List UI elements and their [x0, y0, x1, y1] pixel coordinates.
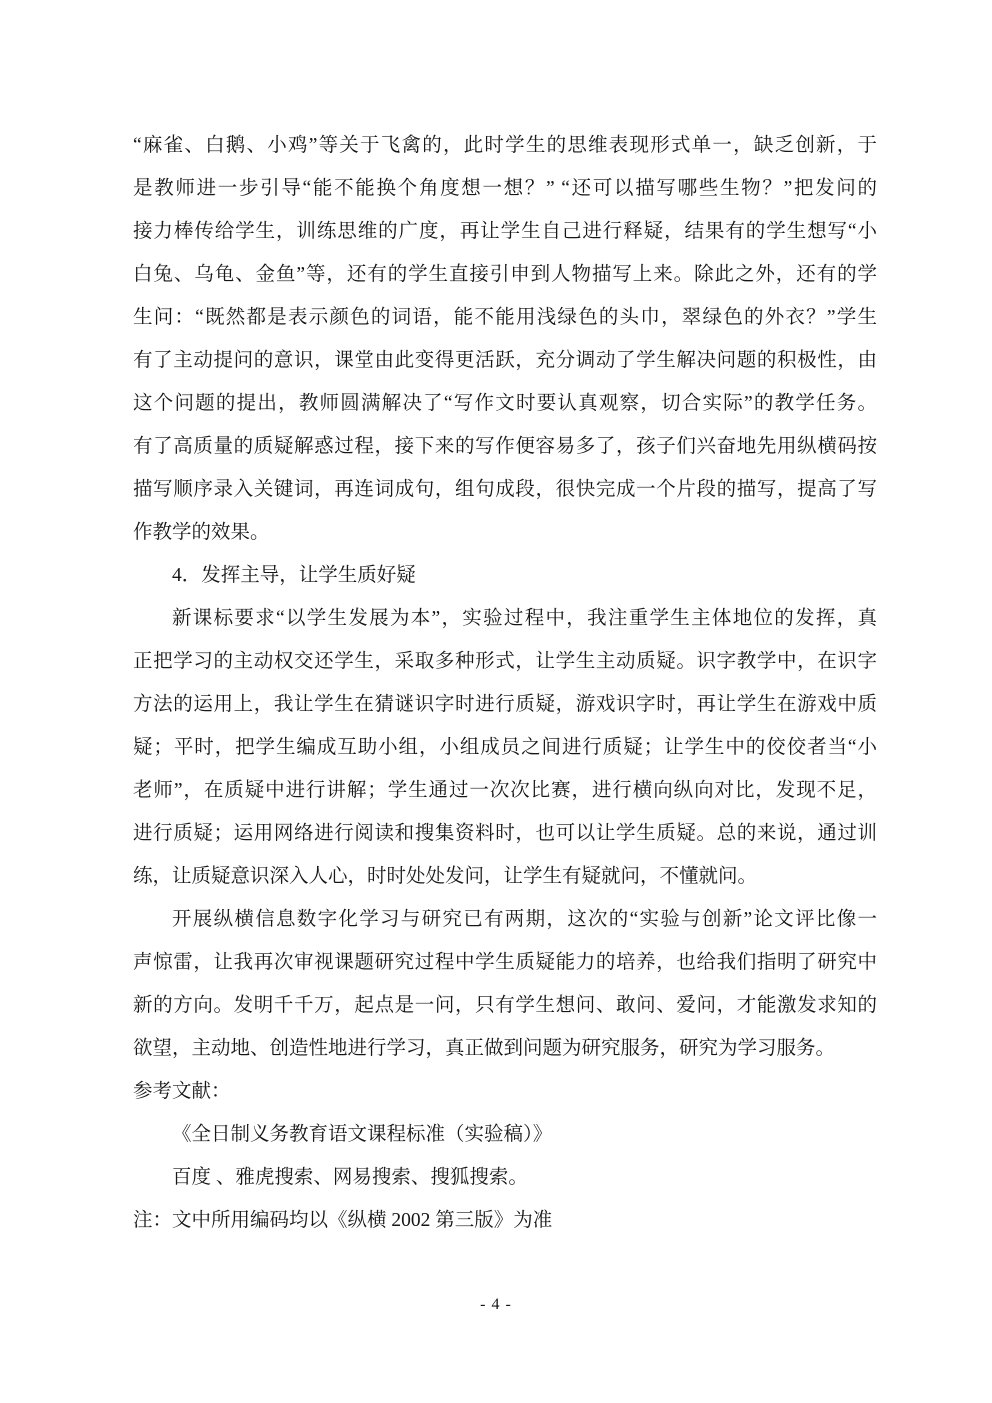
- text-line: 参考文献：: [133, 1070, 877, 1113]
- text-line: 这个问题的提出，教师圆满解决了“写作文时要认真观察，切合实际”的教学任务。: [133, 382, 877, 425]
- text-line: 4．发挥主导，让学生质好疑: [133, 554, 877, 597]
- text-line: 作教学的效果。: [133, 511, 877, 554]
- text-line: 欲望，主动地、创造性地进行学习，真正做到问题为研究服务，研究为学习服务。: [133, 1027, 877, 1070]
- text-line: 有了高质量的质疑解惑过程，接下来的写作便容易多了，孩子们兴奋地先用纵横码按: [133, 425, 877, 468]
- text-line: 白兔、乌龟、金鱼”等，还有的学生直接引申到人物描写上来。除此之外，还有的学: [133, 253, 877, 296]
- text-line: 练，让质疑意识深入人心，时时处处发问，让学生有疑就问，不懂就问。: [133, 855, 877, 898]
- document-page: “麻雀、白鹅、小鸡”等关于飞禽的，此时学生的思维表现形式单一，缺乏创新，于是教师…: [0, 0, 992, 1403]
- document-body: “麻雀、白鹅、小鸡”等关于飞禽的，此时学生的思维表现形式单一，缺乏创新，于是教师…: [133, 124, 877, 1242]
- text-line: 描写顺序录入关键词，再连词成句，组句成段，很快完成一个片段的描写，提高了写: [133, 468, 877, 511]
- text-line: 老师”，在质疑中进行讲解；学生通过一次次比赛，进行横向纵向对比，发现不足，: [133, 769, 877, 812]
- text-line: 是教师进一步引导“能不能换个角度想一想？” “还可以描写哪些生物？”把发问的: [133, 167, 877, 210]
- text-line: 方法的运用上，我让学生在猜谜识字时进行质疑，游戏识字时，再让学生在游戏中质: [133, 683, 877, 726]
- text-line: “麻雀、白鹅、小鸡”等关于飞禽的，此时学生的思维表现形式单一，缺乏创新，于: [133, 124, 877, 167]
- text-line: 正把学习的主动权交还学生，采取多种形式，让学生主动质疑。识字教学中，在识字: [133, 640, 877, 683]
- text-line: 开展纵横信息数字化学习与研究已有两期，这次的“实验与创新”论文评比像一: [133, 898, 877, 941]
- page-number: - 4 -: [0, 1294, 992, 1316]
- text-line: 接力棒传给学生，训练思维的广度，再让学生自己进行释疑，结果有的学生想写“小: [133, 210, 877, 253]
- text-line: 有了主动提问的意识，课堂由此变得更活跃，充分调动了学生解决问题的积极性，由: [133, 339, 877, 382]
- text-line: 疑；平时，把学生编成互助小组，小组成员之间进行质疑；让学生中的佼佼者当“小: [133, 726, 877, 769]
- text-line: 注：文中所用编码均以《纵横 2002 第三版》为准: [133, 1199, 877, 1242]
- text-line: 新的方向。发明千千万，起点是一问，只有学生想问、敢问、爱问，才能激发求知的: [133, 984, 877, 1027]
- text-line: 声惊雷，让我再次审视课题研究过程中学生质疑能力的培养，也给我们指明了研究中: [133, 941, 877, 984]
- text-line: 百度 、雅虎搜索、网易搜索、搜狐搜索。: [133, 1156, 877, 1199]
- text-line: 《全日制义务教育语文课程标准（实验稿）》: [133, 1113, 877, 1156]
- text-line: 生问：“既然都是表示颜色的词语，能不能用浅绿色的头巾，翠绿色的外衣？”学生: [133, 296, 877, 339]
- text-line: 新课标要求“以学生发展为本”，实验过程中，我注重学生主体地位的发挥，真: [133, 597, 877, 640]
- text-line: 进行质疑；运用网络进行阅读和搜集资料时，也可以让学生质疑。总的来说，通过训: [133, 812, 877, 855]
